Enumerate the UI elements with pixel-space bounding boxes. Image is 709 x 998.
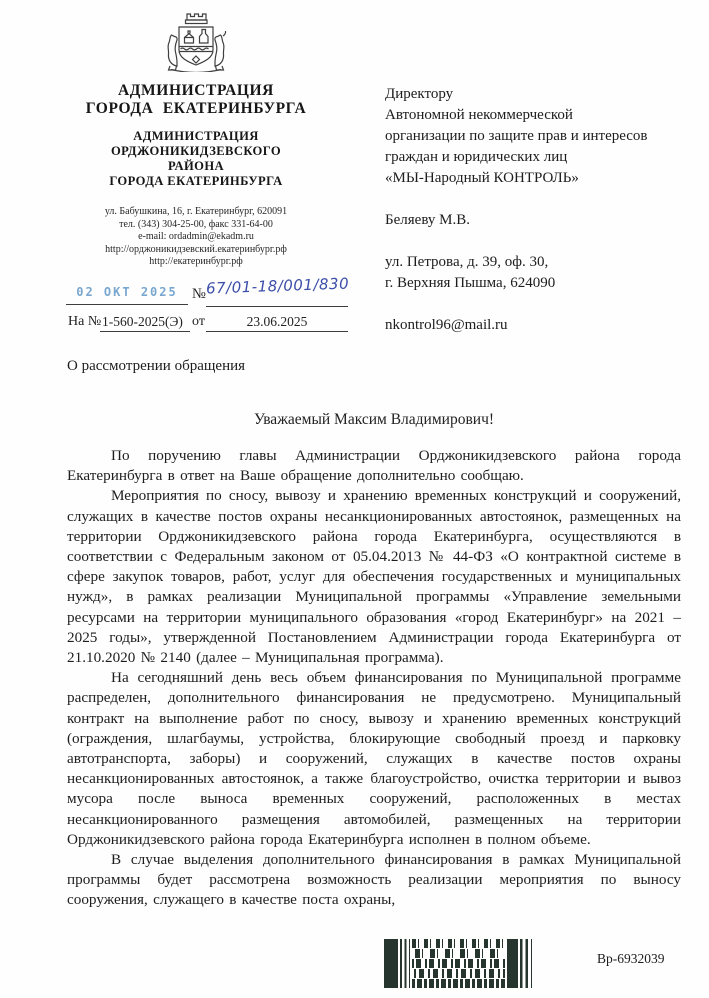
date-underline [66, 304, 188, 305]
letterhead-address: ул. Бабушкина, 16, г. Екатеринбург, 6200… [51, 206, 341, 269]
barcode-guard-left [384, 939, 398, 988]
letter-body: По поручению главы Администрации Орджони… [67, 446, 681, 911]
dept-title-line2: ОРДЖОНИКИДЗЕВСКОГО [51, 144, 341, 159]
scanned-letter-page: АДМИНИСТРАЦИЯ ГОРОДА ЕКАТЕРИНБУРГА АДМИН… [0, 0, 709, 998]
recipient-title: Директору [385, 84, 697, 105]
barcode-stripes-right [520, 939, 532, 988]
recipient-org-line2: организации по защите прав и интересов [385, 126, 697, 147]
barcode-matrix [412, 939, 505, 988]
recipient-address-line2: г. Верхняя Пышма, 624090 [385, 273, 697, 294]
org-title: АДМИНИСТРАЦИЯ ГОРОДА ЕКАТЕРИНБУРГА [51, 82, 341, 118]
document-code: Вр-6932039 [597, 951, 665, 967]
recipient-address: ул. Петрова, д. 39, оф. 30, г. Верхняя П… [385, 252, 697, 294]
recipient-person-name: Беляеву М.В. [385, 210, 697, 231]
letterhead-address-site1: http://орджоникидзевский.екатеринбург.рф [51, 244, 341, 257]
salutation: Уважаемый Максим Владимирович! [67, 411, 681, 429]
recipient-org-name: «МЫ-Народный КОНТРОЛЬ» [385, 168, 697, 189]
incoming-number-underline [100, 331, 190, 332]
barcode-stripes-left [400, 939, 410, 988]
dept-title: АДМИНИСТРАЦИЯ ОРДЖОНИКИДЗЕВСКОГО РАЙОНА … [51, 129, 341, 189]
dept-title-line3: РАЙОНА [51, 159, 341, 174]
letterhead: АДМИНИСТРАЦИЯ ГОРОДА ЕКАТЕРИНБУРГА АДМИН… [51, 10, 341, 269]
org-title-line2: ГОРОДА ЕКАТЕРИНБУРГА [51, 100, 341, 118]
document-barcode [384, 939, 532, 988]
reference-block: 02 ОКТ 2025 № 67/01-18/001/830 На № 1-56… [56, 282, 350, 338]
body-paragraph-1: По поручению главы Администрации Орджони… [67, 446, 681, 486]
recipient-block: Директору Автономной некоммерческой орга… [385, 84, 697, 336]
recipient-org-line1: Автономной некоммерческой [385, 105, 697, 126]
recipient-address-line1: ул. Петрова, д. 39, оф. 30, [385, 252, 697, 273]
number-label: № [192, 286, 206, 303]
incoming-number: 1-560-2025(Э) [102, 314, 183, 330]
letterhead-address-email: e-mail: ordadmin@ekadm.ru [51, 231, 341, 244]
outgoing-number-underline [206, 306, 348, 307]
recipient-email: nkontrol96@mail.ru [385, 315, 697, 336]
subject-line: О рассмотрении обращения [67, 358, 245, 375]
body-paragraph-4: В случае выделения дополнительного финан… [67, 850, 681, 911]
incoming-label: На № [68, 314, 101, 330]
incoming-date: 23.06.2025 [206, 314, 348, 330]
from-label: от [192, 314, 205, 330]
letterhead-address-site2: http://екатеринбург.рф [51, 256, 341, 269]
org-title-line1: АДМИНИСТРАЦИЯ [51, 82, 341, 100]
dept-title-line4: ГОРОДА ЕКАТЕРИНБУРГА [51, 174, 341, 189]
letterhead-address-phone: тел. (343) 304-25-00, факс 331-64-00 [51, 219, 341, 232]
letterhead-address-street: ул. Бабушкина, 16, г. Екатеринбург, 6200… [51, 206, 341, 219]
yekaterinburg-coat-of-arms-icon [157, 10, 235, 72]
recipient-org-line3: граждан и юридических лиц [385, 147, 697, 168]
body-paragraph-3: На сегодняшний день весь объем финансиро… [67, 668, 681, 850]
outgoing-number-handwritten: 67/01-18/001/830 [206, 275, 349, 298]
date-stamp: 02 ОКТ 2025 [66, 285, 188, 299]
dept-title-line1: АДМИНИСТРАЦИЯ [51, 129, 341, 144]
barcode-guard-right [507, 939, 518, 988]
body-paragraph-2: Мероприятия по сносу, вывозу и хранению … [67, 486, 681, 668]
incoming-date-underline [206, 331, 348, 332]
